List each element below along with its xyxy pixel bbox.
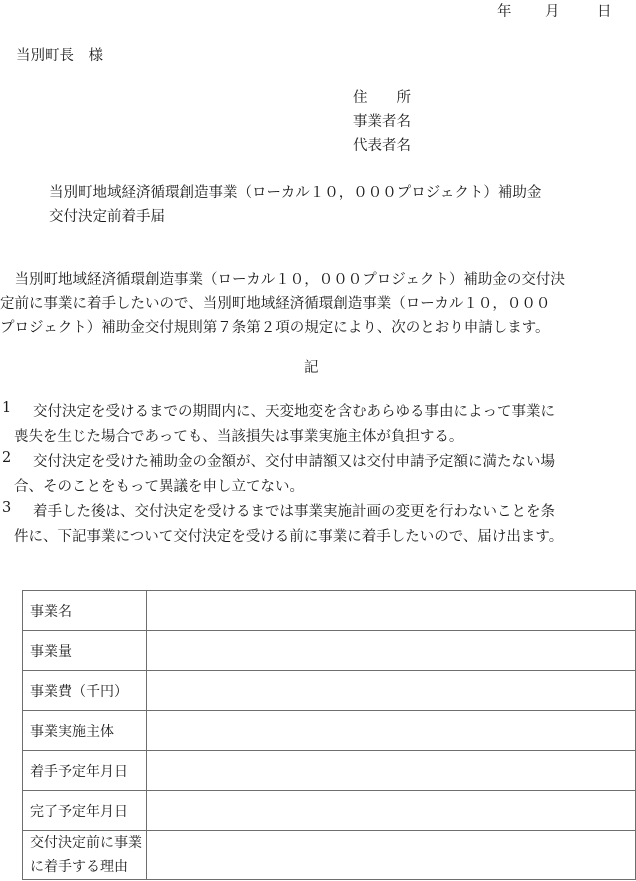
reason-field[interactable]	[147, 831, 636, 880]
row-label-completion-date: 完了予定年月日	[23, 791, 147, 831]
project-cost-field[interactable]	[147, 671, 636, 711]
start-date-field[interactable]	[147, 751, 636, 791]
item-3-line1: 着手した後は、交付決定を受けるまでは事業実施計画の変更を行わないことを条	[33, 500, 555, 521]
sender-address-label: 住 所	[353, 86, 411, 107]
row-label-project-volume: 事業量	[23, 631, 147, 671]
row-label-reason-line1: 交付決定前に事業	[30, 831, 146, 855]
date-day: 日	[597, 0, 612, 21]
item-1-number: 1	[2, 400, 11, 416]
item-3-line2: 件に、下記事業について交付決定を受ける前に事業に着手したいので、届け出ます。	[14, 525, 563, 546]
body-line-1: 当別町地域経済循環創造事業（ローカル１０，０００プロジェクト）補助金の交付決	[0, 268, 565, 289]
project-name-field[interactable]	[147, 591, 636, 631]
table-row: 着手予定年月日	[23, 751, 636, 791]
date-line: 年月日	[497, 0, 612, 21]
row-label-implementing-body: 事業実施主体	[23, 711, 147, 751]
project-details-table: 事業名 事業量 事業費（千円） 事業実施主体 着手予定年月日 完了予定年月日 交…	[22, 590, 636, 880]
item-2-number: 2	[2, 450, 11, 466]
table-row: 完了予定年月日	[23, 791, 636, 831]
document-title-line1: 当別町地域経済循環創造事業（ローカル１０，０００プロジェクト）補助金	[49, 181, 541, 202]
document-title-line2: 交付決定前着手届	[49, 205, 165, 226]
table-row: 事業費（千円）	[23, 671, 636, 711]
sender-representative-label: 代表者名	[353, 134, 411, 155]
table-row: 事業実施主体	[23, 711, 636, 751]
body-line-3: プロジェクト）補助金交付規則第７条第２項の規定により、次のとおり申請します。	[0, 316, 550, 337]
row-label-reason: 交付決定前に事業 に着手する理由	[23, 831, 147, 880]
row-label-reason-line2: に着手する理由	[30, 855, 146, 879]
addressee: 当別町長 様	[16, 44, 103, 65]
table-row: 交付決定前に事業 に着手する理由	[23, 831, 636, 880]
row-label-start-date: 着手予定年月日	[23, 751, 147, 791]
body-line-2: 定前に事業に着手したいので、当別町地域経済循環創造事業（ローカル１０，０００	[0, 292, 550, 313]
table-row: 事業量	[23, 631, 636, 671]
table-row: 事業名	[23, 591, 636, 631]
row-label-project-cost: 事業費（千円）	[23, 671, 147, 711]
item-2-line2: 合、そのことをもって異議を申し立てない。	[14, 475, 304, 496]
project-volume-field[interactable]	[147, 631, 636, 671]
completion-date-field[interactable]	[147, 791, 636, 831]
date-year: 年	[497, 0, 545, 21]
item-1-line1: 交付決定を受けるまでの期間内に、天変地変を含むあらゆる事由によって事業に	[33, 400, 555, 421]
sender-business-name-label: 事業者名	[353, 110, 411, 131]
ki-heading: 記	[304, 356, 319, 377]
date-month: 月	[545, 0, 597, 21]
row-label-project-name: 事業名	[23, 591, 147, 631]
item-2-line1: 交付決定を受けた補助金の金額が、交付申請額又は交付申請予定額に満たない場	[33, 450, 555, 471]
item-3-number: 3	[2, 500, 11, 516]
item-1-line2: 喪失を生じた場合であっても、当該損失は事業実施主体が負担する。	[14, 425, 463, 446]
implementing-body-field[interactable]	[147, 711, 636, 751]
